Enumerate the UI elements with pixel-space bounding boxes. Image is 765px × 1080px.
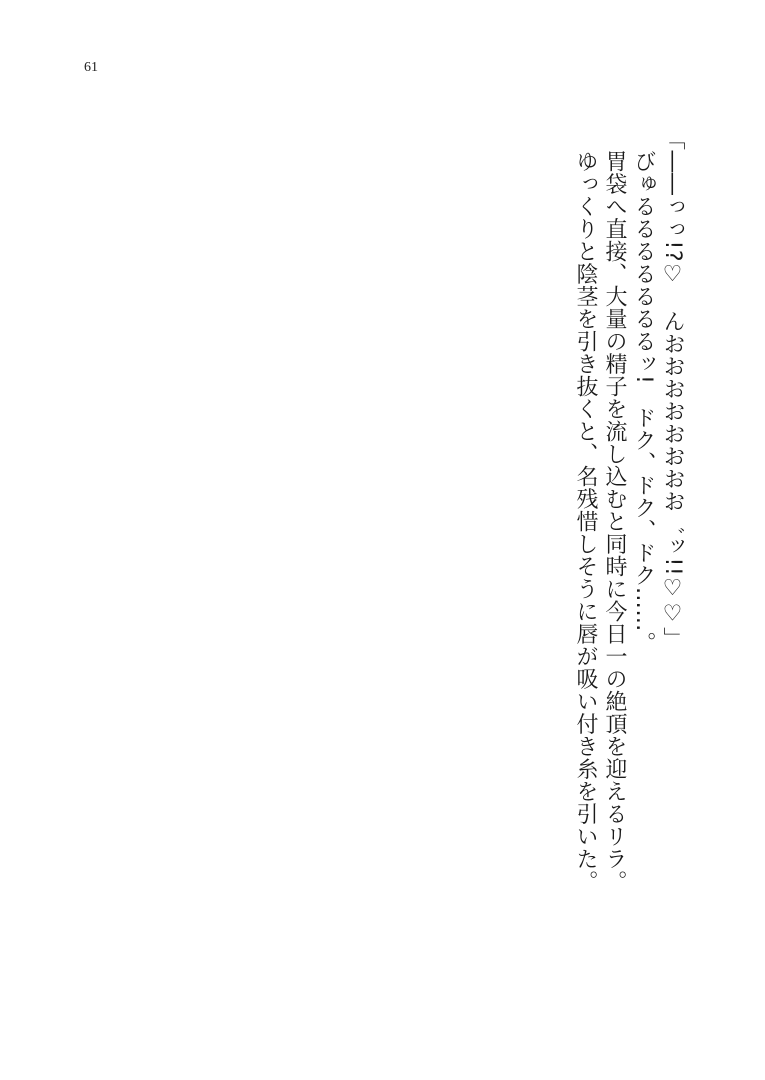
vertical-text-block: 「――っっ!?♡ んおおおおおおおお゛ッ!!♡♡」 びゅるるるるるるるッ! ドク… bbox=[571, 128, 687, 848]
text-line-narration-2: ゆっくりと陰茎を引き抜くと、名残惜しそうに唇が吸い付き糸を引いた。 bbox=[571, 128, 600, 848]
text-line-onomatopoeia: びゅるるるるるるるッ! ドク、ドク、ドク……。 bbox=[629, 128, 658, 848]
page-number: 61 bbox=[84, 60, 98, 76]
text-line-narration-1: 胃袋へ直接、大量の精子を流し込むと同時に今日一の絶頂を迎えるリラ。 bbox=[600, 128, 629, 848]
text-line-dialogue: 「――っっ!?♡ んおおおおおおおお゛ッ!!♡♡」 bbox=[658, 128, 687, 848]
